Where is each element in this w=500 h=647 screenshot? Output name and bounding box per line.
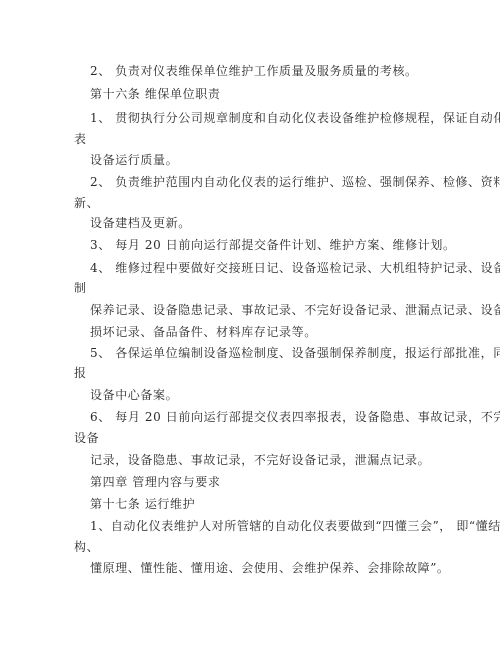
- clause-text: 3、 每月 20 日前向运行部提交备件计划、维护方案、维修计划。: [90, 238, 456, 252]
- clause-text: 制: [74, 281, 87, 295]
- clause-text: 表: [74, 132, 87, 146]
- clause-text: 1、 贯彻执行分公司规章制度和自动化仪表设备维护检修规程，保证自动化仪: [90, 111, 500, 125]
- clause-text: 5、 各保运单位编制设备巡检制度、设备强制保养制度，报运行部批准，同时: [90, 346, 500, 360]
- clause-text: 2、 负责对仪表维保单位维护工作质量及服务质量的考核。: [90, 64, 418, 78]
- clause-text: 懂原理、懂性能、懂用途、会使用、会维护保养、会排除故障”。: [90, 561, 450, 575]
- clause-text: 新、: [74, 196, 99, 210]
- clause-text: 6、 每月 20 日前向运行部提交仪表四率报表，设备隐患、事故记录，不完好: [90, 410, 500, 424]
- section-heading: 第十七条 运行维护: [90, 497, 195, 511]
- clause-text: 记录，设备隐患、事故记录，不完好设备记录，泄漏点记录。: [90, 453, 430, 467]
- clause-text: 报: [74, 366, 87, 380]
- clause-text: 设备建档及更新。: [90, 216, 191, 230]
- clause-text: 1、自动化仪表维护人对所管辖的自动化仪表要做到“四懂三会”， 即“懂结: [90, 519, 500, 533]
- document-page: 2、 负责对仪表维保单位维护工作质量及服务质量的考核。 第十六条 维保单位职责 …: [0, 0, 500, 647]
- clause-text: 保养记录、设备隐患记录、事故记录、不完好设备记录、泄漏点记录、设备: [90, 303, 500, 317]
- clause-text: 损坏记录、备品备件、材料库存记录等。: [90, 325, 317, 339]
- clause-text: 2、 负责维护范围内自动化仪表的运行维护、巡检、强制保养、检修、资料更: [90, 175, 500, 189]
- clause-text: 构、: [74, 540, 99, 554]
- clause-text: 4、 维修过程中要做好交接班日记、设备巡检记录、大机组特护记录、设备强: [90, 261, 500, 275]
- chapter-heading: 第四章 管理内容与要求: [90, 475, 220, 489]
- clause-text: 设备运行质量。: [90, 153, 178, 167]
- section-heading: 第十六条 维保单位职责: [90, 87, 220, 101]
- clause-text: 设备中心备案。: [90, 388, 178, 402]
- clause-text: 设备: [74, 431, 99, 445]
